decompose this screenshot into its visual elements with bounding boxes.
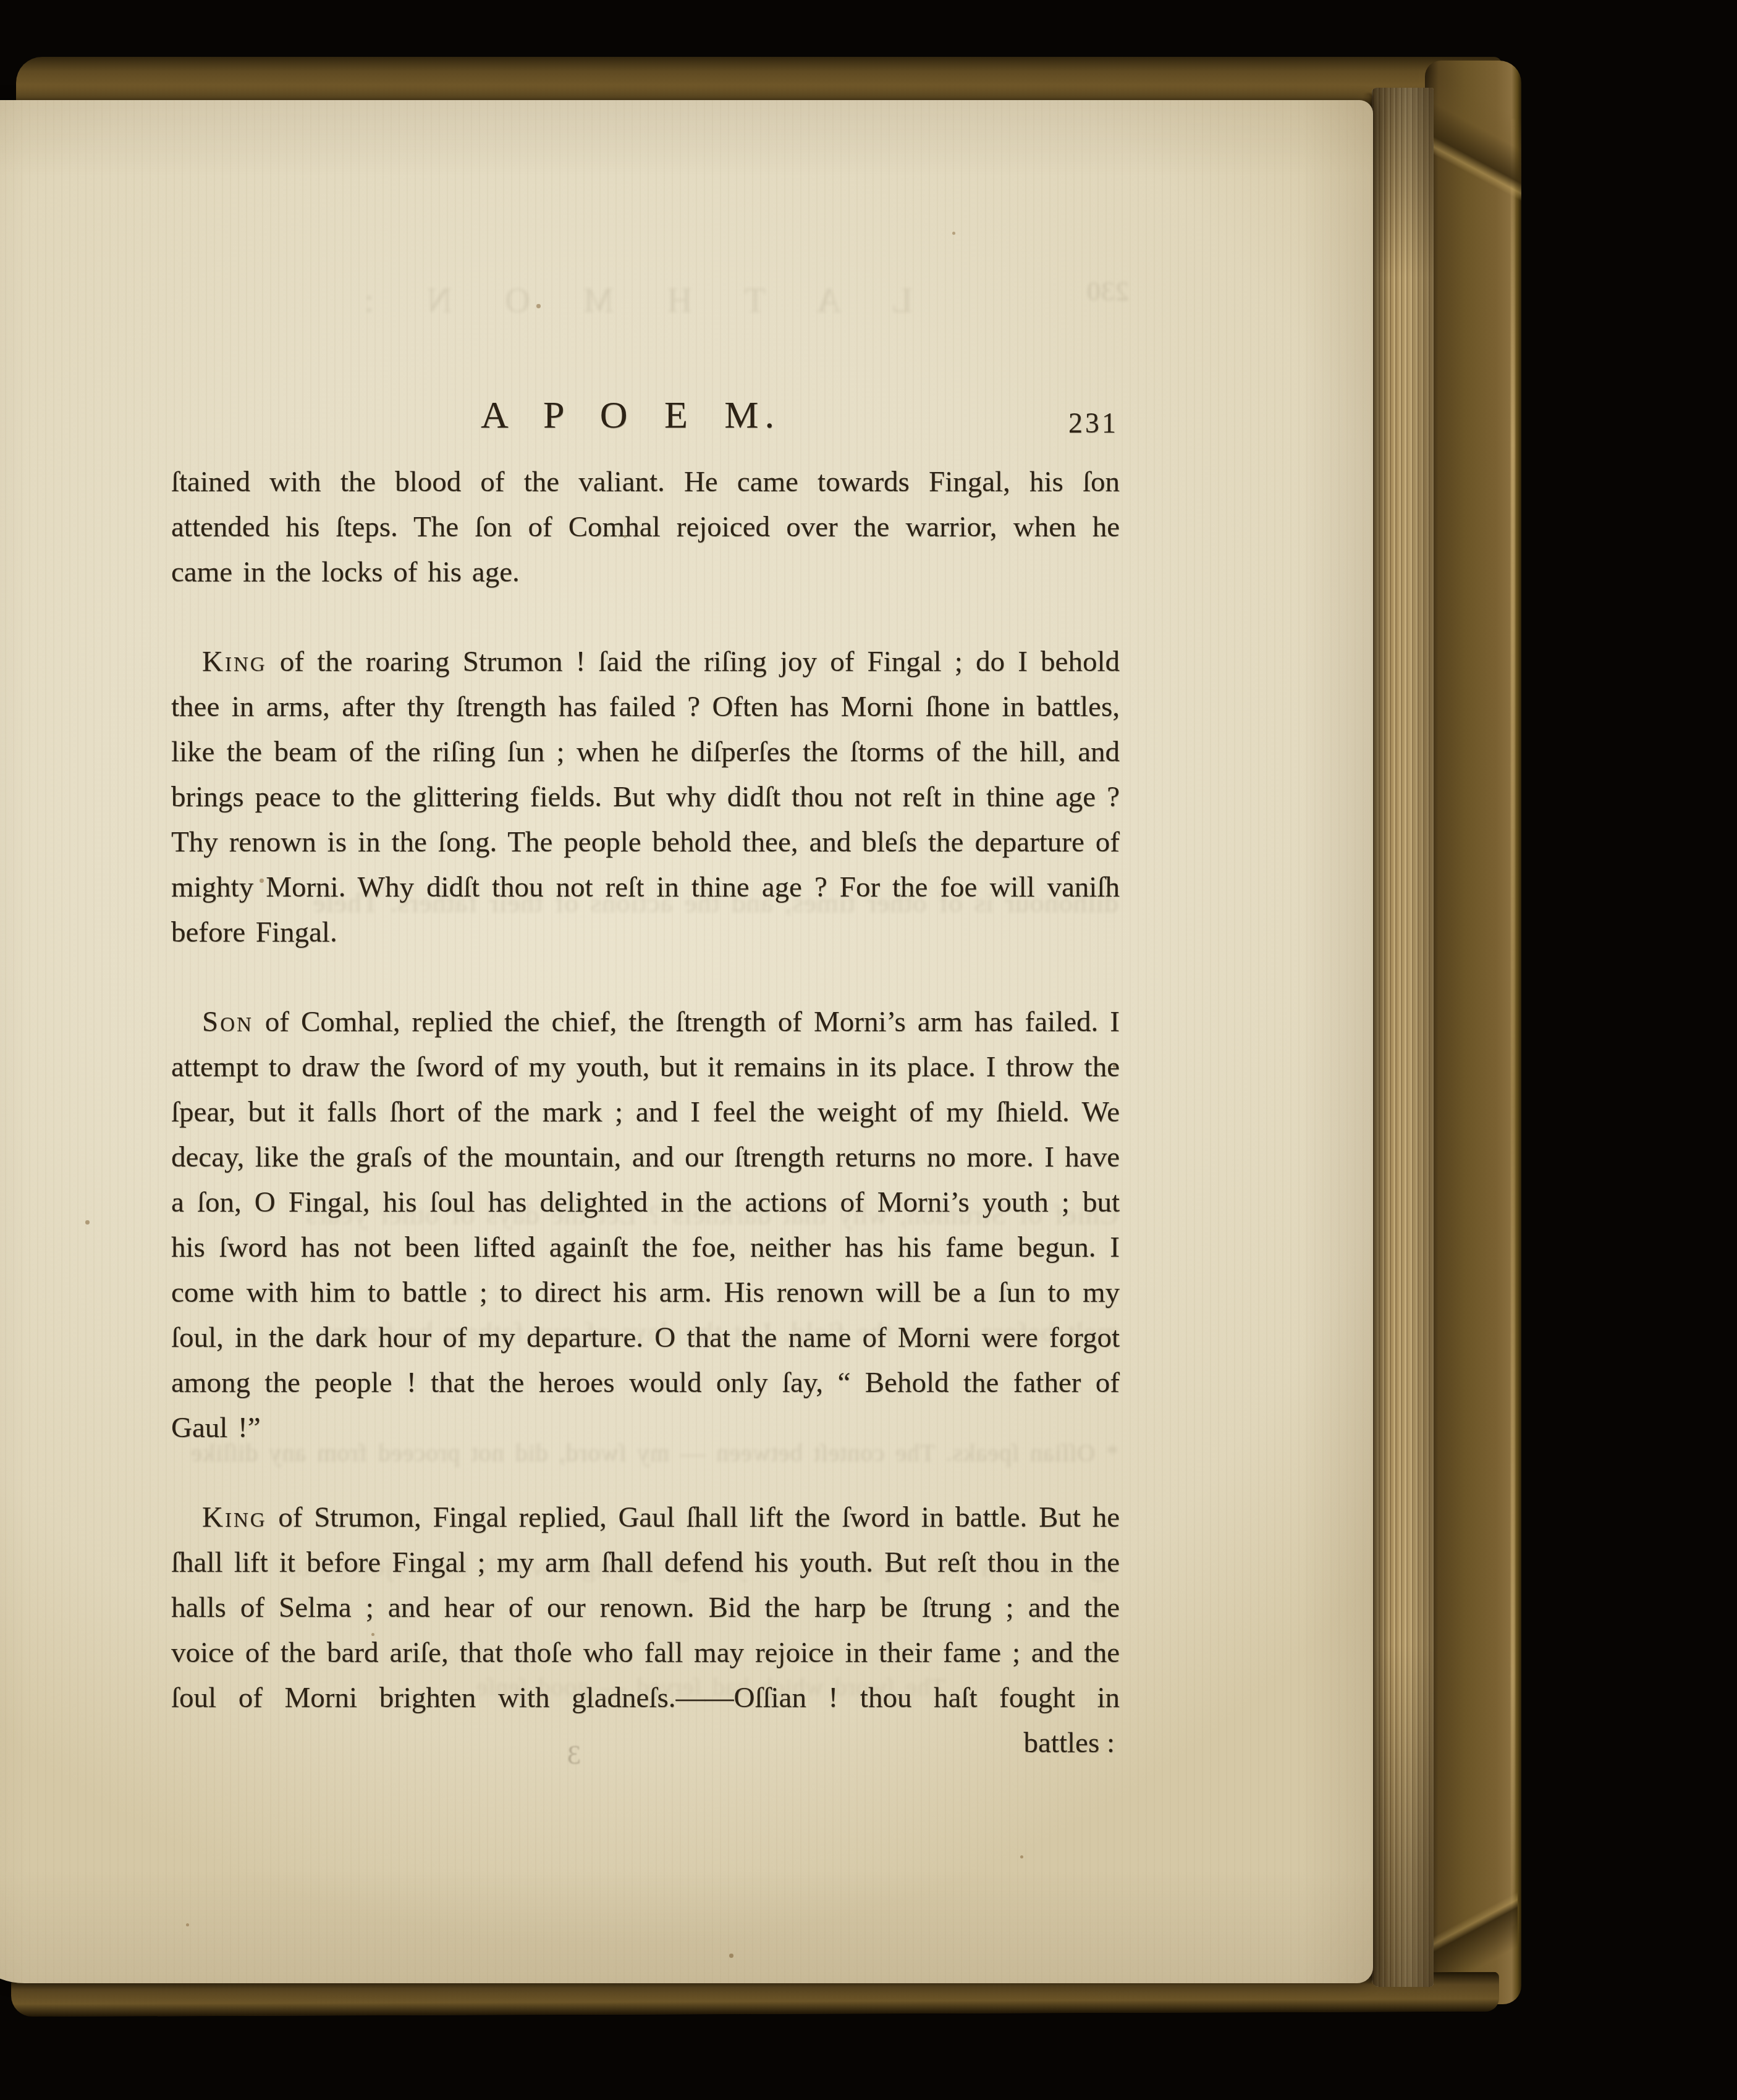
poem-paragraph: King of Strumon, Fingal replied, Gaul ſh… xyxy=(171,1495,1120,1721)
paragraph-text: of Comhal, replied the chief, the ſtreng… xyxy=(171,1006,1120,1444)
text-block: A P O E M. 231 ſtained with the blood of… xyxy=(171,372,1120,1766)
poem-paragraph: Son of Comhal, replied the chief, the ſt… xyxy=(171,1000,1120,1451)
poem-paragraph: King of the roaring Strumon ! ſaid the r… xyxy=(171,639,1120,955)
catchword: battles : xyxy=(171,1721,1120,1766)
poem-paragraph: ſtained with the blood of the valiant. H… xyxy=(171,460,1120,595)
book-page: L A T H M O N : 230 diſhonour is of othe… xyxy=(0,100,1373,1983)
paragraph-text: ſtained with the blood of the valiant. H… xyxy=(171,466,1120,588)
paragraph-text: of Strumon, Fingal replied, Gaul ſhall l… xyxy=(171,1501,1120,1714)
book-cover-corner-fold-top xyxy=(1419,62,1521,266)
paragraph-text: of the roaring Strumon ! ſaid the riſing… xyxy=(171,646,1120,948)
paragraph-lead: Son xyxy=(202,1006,253,1038)
book-cover-right-edge xyxy=(1425,61,1521,2004)
page-header-title: A P O E M. xyxy=(171,389,1090,441)
ghost-page-number: 230 xyxy=(1086,276,1129,307)
paragraph-lead: King xyxy=(202,646,267,678)
ghost-running-title: L A T H M O N : xyxy=(105,281,1156,321)
book-fore-edge-pages xyxy=(1372,88,1434,1987)
paragraph-lead: King xyxy=(202,1501,267,1533)
page-number: 231 xyxy=(1068,407,1118,439)
book-photo-stage: L A T H M O N : 230 diſhonour is of othe… xyxy=(0,0,1737,2100)
